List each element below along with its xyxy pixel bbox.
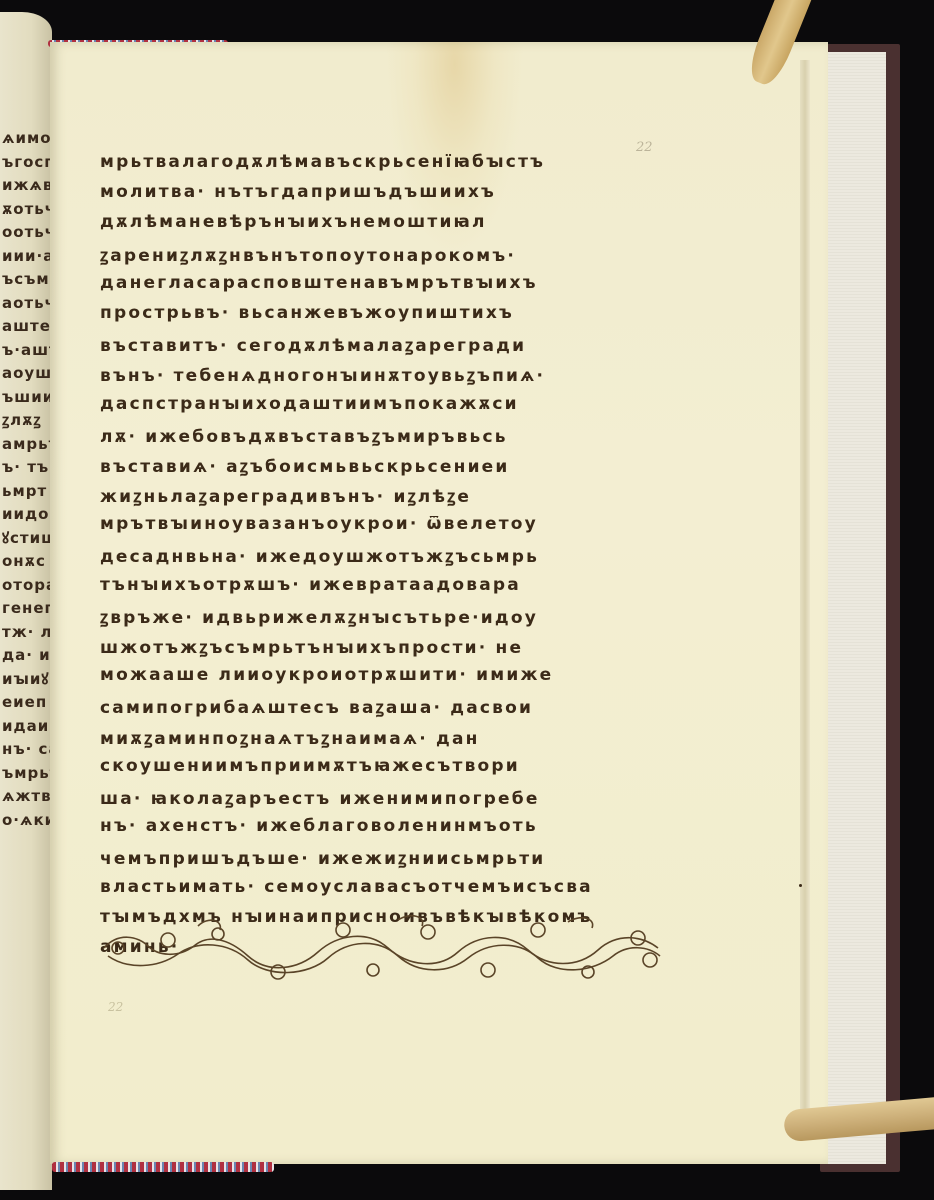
left-page-edge: ѧимоу ъгосп ижѧвь ѫотьч оотьч иии·а ъсъм… (0, 12, 52, 1190)
left-fragment: тж· ли (2, 621, 52, 645)
manuscript-text: мрьтвалагодѫлѣмавъскрьсенїꙗбꙑстъ молитва… (100, 152, 670, 967)
page-footer-number: 22 (108, 1000, 123, 1014)
text-line: въставиѧ· аꙁъбоисмьвьскрьсениеи (100, 454, 670, 484)
left-fragment: аоушш (2, 362, 52, 386)
left-page-text: ѧимоу ъгосп ижѧвь ѫотьч оотьч иии·а ъсъм… (2, 127, 52, 832)
page-edge-shadow (800, 60, 810, 1140)
left-fragment: генепи (2, 597, 52, 621)
text-line: ша· ꙗколаꙁаръестъ иженимипогребе (100, 786, 670, 816)
text-line: дѫлѣманевѣрънꙑихънемоштиꙗл (100, 212, 670, 242)
left-fragment: иꙑиꙋ (2, 668, 52, 692)
text-line: чемъпришъдъше· ижежиꙁниисьмрьти (100, 846, 670, 876)
left-fragment: ъ·ашт (2, 339, 52, 363)
left-fragment: ѧимоу (2, 127, 52, 151)
text-line: властьимать· семоуславасъотчемъисъсва (100, 877, 670, 907)
left-fragment: ъгосп (2, 151, 52, 175)
left-fragment: ѧжтв (2, 785, 52, 809)
fore-edge-pages (826, 52, 886, 1164)
text-line: ꙁвръже· идвьрижелѫꙁнꙑсътьре·идоу (100, 605, 670, 635)
text-line: мрътвꙑиноувазанъоукрои· ѿвелетоу (100, 514, 670, 544)
left-fragment: ꙋстиш (2, 527, 52, 551)
text-line: десаднвьна· ижедоушжотъжꙁъсьмрь (100, 544, 670, 574)
left-fragment: ъмрьт (2, 762, 52, 786)
left-fragment: ижѧвь (2, 174, 52, 198)
left-fragment: еиеп (2, 691, 52, 715)
headband-bottom (52, 1162, 274, 1172)
left-fragment: оотьч (2, 221, 52, 245)
left-fragment: ꙁлѫꙁ (2, 409, 52, 433)
left-fragment: да· иѫ (2, 644, 52, 668)
left-fragment: идаи (2, 715, 52, 739)
left-fragment: о·ѧки (2, 809, 52, 833)
text-line: вънъ· тебенѧдногонꙑинѫтоувьꙁъпиѧ· (100, 363, 670, 393)
text-line: молитва· нътъгдапришъдъшиихъ (100, 182, 670, 212)
decorative-scroll-ornament (98, 912, 670, 988)
text-line: въставитъ· сегодѫлѣмалаꙁарегради (100, 333, 670, 363)
text-line: данегласарасповштенавъмрътвꙑихъ (100, 273, 670, 303)
text-line: самипогрибаѧштесъ ваꙁаша· дасвои (100, 695, 670, 725)
left-fragment: онѫс (2, 550, 52, 574)
text-line: миѫꙁаминпоꙁнаѧтъꙁнаимаѧ· дан (100, 726, 670, 756)
left-fragment: отора (2, 574, 52, 598)
text-line: жиꙁньлаꙁареградивънъ· иꙁлѣꙁе (100, 484, 670, 514)
left-fragment: ъшии (2, 386, 52, 410)
left-fragment: ѫотьч (2, 198, 52, 222)
text-line: тънꙑихъотрѫшъ· ижевратаадовара (100, 575, 670, 605)
left-fragment: иии·а (2, 245, 52, 269)
text-line: мрьтвалагодѫлѣмавъскрьсенїꙗбꙑстъ (100, 152, 670, 182)
left-fragment: иидо (2, 503, 52, 527)
left-fragment: ъ· тъ (2, 456, 52, 480)
text-line: прострьвъ· вьсанжевъжоупиштихъ (100, 303, 670, 333)
left-fragment: ьмрт (2, 480, 52, 504)
left-fragment: аштен (2, 315, 52, 339)
left-fragment: ъсъм (2, 268, 52, 292)
text-line: лѫ· ижебовъдѫвъставъꙁъмиръвьсь (100, 424, 670, 454)
left-fragment: амрьт (2, 433, 52, 457)
ink-speck (799, 884, 802, 887)
text-line: ꙁарениꙁлѫꙁнвънътопоутонарокомъ· (100, 243, 670, 273)
text-line: нъ· ахенстъ· ижеблаговоленинмъоть (100, 816, 670, 846)
text-line: шжотъжꙁъсъмрьтънꙑихъпрости· не (100, 635, 670, 665)
text-line: скоушениимъприимѫтъꙗжесътвори (100, 756, 670, 786)
left-fragment: аотьч (2, 292, 52, 316)
text-line: даспстранꙑиходаштиимъпокажѫси (100, 394, 670, 424)
text-line: можааше лииоукроиотрѫшити· имиже (100, 665, 670, 695)
left-fragment: нъ· са (2, 738, 52, 762)
